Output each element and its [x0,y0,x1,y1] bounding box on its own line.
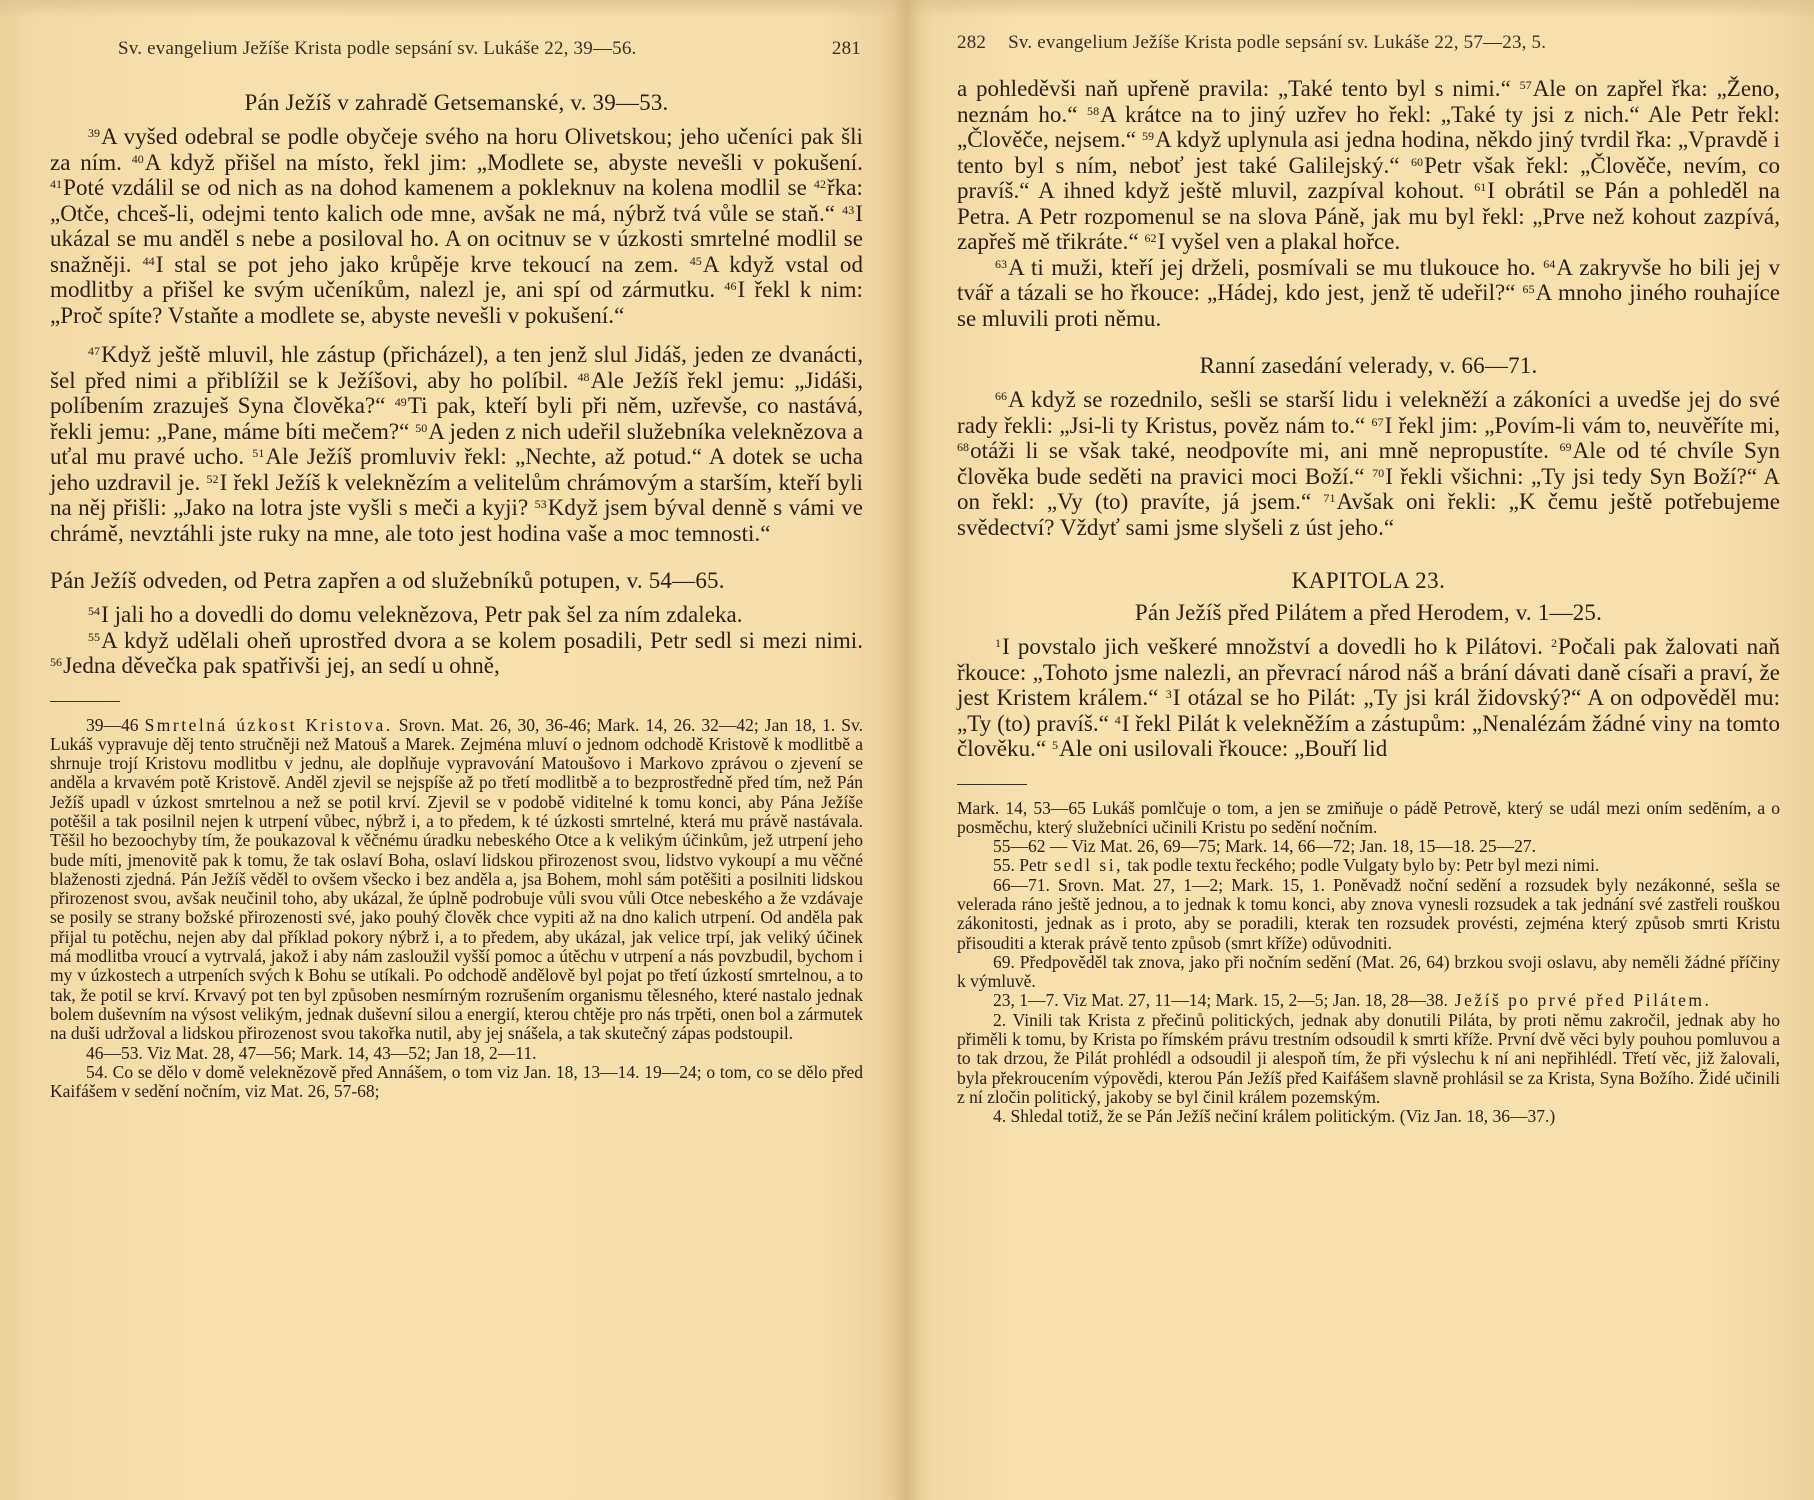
running-head: 282 Sv. evangelium Ježíše Krista podle s… [957,32,1780,56]
verse-number: 48 [577,370,589,384]
verse-paragraph: 39A vyšed odebral se podle obyčeje svého… [50,124,863,328]
footnote-text: Viz Mat. 28, 47—56; Mark. 14, 43—52; Jan… [143,1043,537,1063]
footnote: 39—46 Smrtelná úzkost Kristova. Srovn. M… [50,716,863,1044]
verse-number: 57 [1520,78,1532,92]
footnote-divider [50,701,120,702]
verse-number: 54 [88,604,100,618]
verse-number: 63 [995,257,1007,271]
verse-number: 69 [1559,440,1571,454]
section-title: Pán Ježíš v zahradě Getsemanské, v. 39—5… [50,90,863,116]
verse-number: 2 [1551,636,1557,650]
verse-number: 45 [690,254,702,268]
verse-number: 60 [1411,155,1423,169]
book-spread: Sv. evangelium Ježíše Krista podle sepsá… [0,0,1814,1500]
section-title: Ranní zasedání velerady, v. 66—71. [957,353,1780,379]
verse-paragraph: 54I jali ho a dovedli do domu veleknězov… [50,602,863,628]
footnote-text: Předpověděl tak znova, jako při nočním s… [957,952,1780,991]
footnote-text: Co se dělo v domě veleknězově před Annáš… [50,1062,863,1101]
verse-text: I stal se pot jeho jako krůpěje krve tek… [156,252,690,277]
verse-text: Jedna děvečka pak spatřivši jej, an sedí… [63,653,500,678]
section-title: Pán Ježíš před Pilátem a před Herodem, v… [957,600,1780,626]
footnote-text: Srovn. Mat. 27, 1—2; Mark. 15, 1. Poněva… [957,875,1780,953]
verse-number: 3 [1166,687,1172,701]
verse-number: 67 [1372,415,1384,429]
footnote-text: Viz Mat. 27, 11—14; Mark. 15, 2—5; Jan. … [1059,990,1448,1010]
footnote: 55—62 — Viz Mat. 26, 69—75; Mark. 14, 66… [957,837,1780,856]
verse-number: 5 [1052,738,1058,752]
verse-number: 58 [1087,104,1099,118]
footnote-text: Shledal totiž, že se Pán Ježíš nečiní kr… [1006,1106,1555,1126]
footnote: 4. Shledal totiž, že se Pán Ježíš nečiní… [957,1107,1780,1126]
verse-number: 61 [1474,180,1486,194]
left-page: Sv. evangelium Ježíše Krista podle sepsá… [0,0,907,1500]
page-number: 281 [832,38,861,60]
verse-number: 40 [132,152,144,166]
verse-number: 62 [1145,231,1157,245]
verse-paragraph: 1I povstalo jich veškeré množství a dove… [957,634,1780,762]
footnote-ref: 55. Petr [993,855,1047,875]
verse-number: 64 [1543,257,1555,271]
verse-text: I řekl jim: „Povím-li vám to, neuvěříte … [1385,413,1780,438]
verse-text: A když přišel na místo, řekl jim: „Modle… [145,150,863,175]
verse-text: otáži li se však také, neodpovíte mi, an… [970,438,1559,463]
verse-number: 53 [535,497,547,511]
footnote-ref: 4. [993,1106,1006,1126]
verse-paragraph: 55A když udělali oheň uprostřed dvora a … [50,628,863,679]
verse-number: 50 [415,421,427,435]
footnote-text: Srovn. Mat. 26, 30, 36-46; Mark. 14, 26.… [50,715,863,1044]
footnote: Mark. 14, 53—65 Lukáš pomlčuje o tom, a … [957,799,1780,838]
verse-text: Poté vzdálil se od nich as na dohod kame… [63,175,814,200]
footnote-text: Mark. 14, 53—65 Lukáš pomlčuje o tom, a … [957,798,1780,837]
verse-text: I povstalo jich veškeré množství a doved… [1002,634,1551,659]
footnote: 54. Co se dělo v domě veleknězově před A… [50,1063,863,1102]
verse-number: 44 [143,254,155,268]
footnote-ref: 2. [993,1010,1006,1030]
footnote-text: Vinili tak Krista z přečinů politických,… [957,1010,1780,1107]
verse-number: 52 [207,472,219,486]
footnote: 46—53. Viz Mat. 28, 47—56; Mark. 14, 43—… [50,1044,863,1063]
page-edge-shadow [0,0,907,18]
verse-text: a pohleděvši naň upřeně pravila: „Také t… [957,76,1520,101]
page-number: 282 [957,32,986,54]
footnote: 23, 1—7. Viz Mat. 27, 11—14; Mark. 15, 2… [957,991,1780,1010]
running-head: Sv. evangelium Ježíše Krista podle sepsá… [50,38,863,62]
verse-paragraph: a pohleděvši naň upřeně pravila: „Také t… [957,76,1780,255]
verse-text: I jali ho a dovedli do domu veleknězova,… [101,602,743,627]
footnote-ref: 54. [86,1062,108,1082]
verse-number: 55 [88,630,100,644]
verse-number: 68 [957,440,969,454]
verse-number: 66 [995,389,1007,403]
footnote-ref: 23, 1—7. [993,990,1059,1010]
verse-number: 39 [88,126,100,140]
verse-number: 56 [50,655,62,669]
verse-number: 41 [50,177,62,191]
running-head-title: Sv. evangelium Ježíše Krista podle sepsá… [1008,32,1546,54]
verse-number: 46 [724,279,736,293]
verse-number: 49 [395,395,407,409]
verse-number: 43 [842,203,854,217]
section-title: Pán Ježíš odveden, od Petra zapřen a od … [50,568,863,594]
footnote-ref: 69. [993,952,1015,972]
footnote: 55. Petr sedl si, tak podle textu řeckéh… [957,856,1780,875]
page-edge-shadow [907,0,1814,18]
right-page: 282 Sv. evangelium Ježíše Krista podle s… [907,0,1814,1500]
footnote-divider [957,784,1027,785]
verse-number: 65 [1523,282,1535,296]
footnote-heading: Ježíš po prvé před Pilátem. [1448,990,1711,1010]
verse-number: 51 [252,446,264,460]
verse-text: A když udělali oheň uprostřed dvora a se… [101,628,863,653]
verse-text: Ale oni usilovali řkouce: „Bouří lid [1059,736,1387,761]
verse-number: 71 [1323,491,1335,505]
footnote-text: tak podle textu řeckého; podle Vulgaty b… [1123,855,1599,875]
verse-number: 47 [88,344,100,358]
footnote-ref: 46—53. [86,1043,143,1063]
verse-paragraph: 63A ti muži, kteří jej drželi, posmívali… [957,255,1780,332]
chapter-heading: KAPITOLA 23. [957,568,1780,594]
footnote-heading: sedl si, [1047,855,1123,875]
verse-paragraph: 66A když se rozednilo, sešli se starší l… [957,387,1780,540]
verse-number: 70 [1372,466,1384,480]
footnote-text: — Viz Mat. 26, 69—75; Mark. 14, 66—72; J… [1046,836,1537,856]
running-head-title: Sv. evangelium Ježíše Krista podle sepsá… [118,38,637,60]
verse-number: 42 [814,177,826,191]
verse-text: I vyšel ven a plakal hořce. [1158,229,1401,254]
verse-number: 59 [1142,129,1154,143]
footnote-ref: 55—62 [993,836,1046,856]
footnote-ref: 66—71. [993,875,1050,895]
verse-number: 4 [1115,713,1121,727]
footnote: 69. Předpověděl tak znova, jako při nočn… [957,953,1780,992]
footnote: 2. Vinili tak Krista z přečinů politický… [957,1011,1780,1107]
verse-number: 1 [995,636,1001,650]
verse-paragraph: 47Když ještě mluvil, hle zástup (přicház… [50,342,863,546]
footnote-heading: Smrtelná úzkost Kristova. [145,715,393,735]
footnote: 66—71. Srovn. Mat. 27, 1—2; Mark. 15, 1.… [957,876,1780,953]
footnote-ref: 39—46 [86,715,139,735]
verse-text: A ti muži, kteří jej drželi, posmívali s… [1008,255,1543,280]
